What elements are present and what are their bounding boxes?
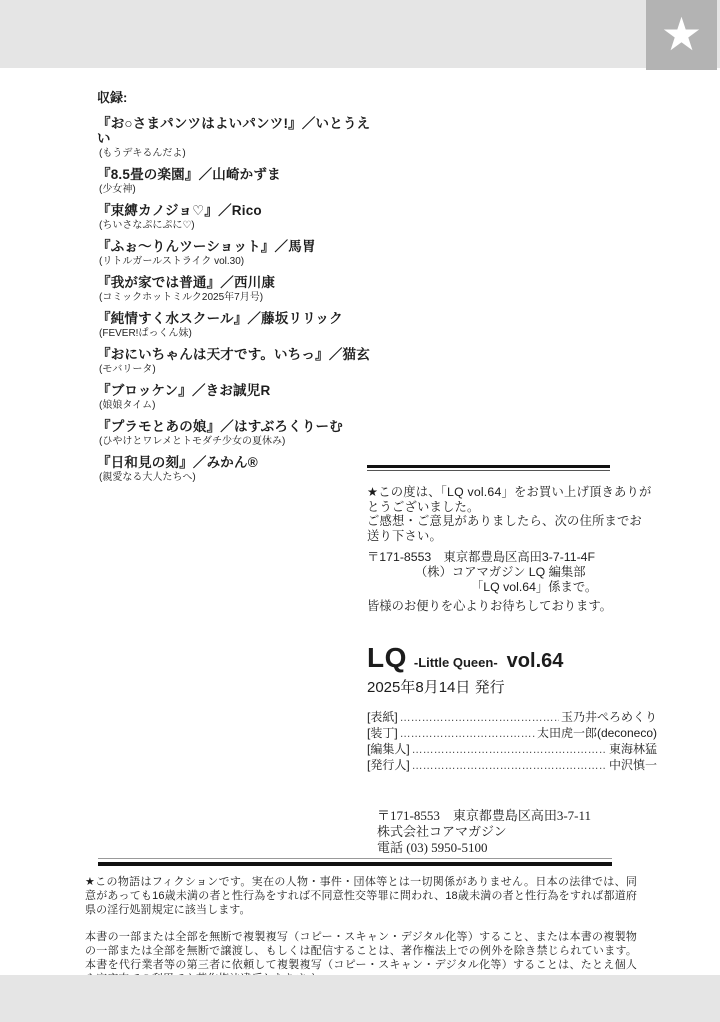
credit-leader-dots: ……………………………………………………………………………… [412,759,607,774]
credit-leader-dots: ……………………………………………………………………………… [400,727,535,742]
thanks-note: ★この度は、「LQ vol.64」をお買い上げ頂きありが とうございました。 ご… [367,485,659,543]
closing-rule [98,858,612,866]
credit-name: 太田虎一郎(deconeco) [537,726,657,741]
work-title: 『束縛カノジョ♡』／Rico [97,203,377,218]
star-block: ★ [646,0,717,70]
work-title: 『ブロッケン』／きお誠児R [97,383,377,398]
publisher-info: 〒171-8553 東京都豊島区高田3-7-11 株式会社コアマガジン 電話 (… [367,808,659,856]
work-item: 『お○さまパンツはよいパンツ!』／いとうえい (もうデキるんだよ) [97,116,377,159]
thanks-line: ★この度は、「LQ vol.64」をお買い上げ頂きありが [367,485,659,500]
work-title: 『我が家では普通』／西川康 [97,275,377,290]
work-note: (もうデキるんだよ) [97,148,377,159]
editorial-address-line: 〒171-8553 東京都豊島区高田3-7-11-4F [367,550,659,565]
editorial-address: 〒171-8553 東京都豊島区高田3-7-11-4F （株）コアマガジン LQ… [367,550,659,595]
work-note: (親愛なる大人たちへ) [97,472,377,483]
credit-name: 中沢慎一 [609,758,657,773]
opening-rule [367,465,610,471]
magazine-volume: vol.64 [507,650,564,673]
publication-title: LQ -Little Queen- vol.64 [367,642,659,674]
work-title: 『ふぉ〜りんツーショット』／馬胃 [97,239,377,254]
fiction-disclaimer: ★この物語はフィクションです。実在の人物・事件・団体等とは一切関係がありません。… [85,875,637,917]
credit-row: [表紙] ……………………………………………………………………………… 玉乃井ぺ… [367,710,657,726]
work-note: (娘娘タイム) [97,400,377,411]
credit-row: [編集人] ……………………………………………………………………………… 東海林… [367,742,657,758]
work-item: 『8.5畳の楽園』／山崎かずま (少女神) [97,167,377,195]
work-title: 『純情すく水スクール』／藤坂リリック [97,311,377,326]
star-icon: ★ [661,11,702,57]
work-item: 『ふぉ〜りんツーショット』／馬胃 (リトルガールストライク vol.30) [97,239,377,267]
work-title: 『プラモとあの娘』／はすぶろくりーむ [97,419,377,434]
magazine-subtitle: -Little Queen- [414,655,498,670]
legal-notice: ★この物語はフィクションです。実在の人物・事件・団体等とは一切関係がありません。… [85,858,637,986]
credit-name: 玉乃井ぺろめくり [561,710,657,725]
publisher-address: 〒171-8553 東京都豊島区高田3-7-11 [377,808,659,824]
credit-leader-dots: ……………………………………………………………………………… [412,743,607,758]
colophon-column: ★この度は、「LQ vol.64」をお買い上げ頂きありが とうございました。 ご… [367,465,659,856]
work-title: 『8.5畳の楽園』／山崎かずま [97,167,377,182]
thanks-line: 送り下さい。 [367,529,659,544]
work-item: 『おにいちゃんは天才です。いちっ』／猫玄 (モバリータ) [97,347,377,375]
credit-row: [装丁] ……………………………………………………………………………… 太田虎一… [367,726,657,742]
mailbox-closing: 皆様のお便りを心よりお待ちしております。 [367,599,659,613]
work-item: 『我が家では普通』／西川康 (コミックホットミルク2025年7月号) [97,275,377,303]
editorial-address-line: （株）コアマガジン LQ 編集部 [367,565,659,580]
publisher-phone: 電話 (03) 5950-5100 [377,840,659,856]
top-band: ★ [0,0,720,68]
works-heading: 収録: [97,90,377,105]
credit-label: [発行人] [367,758,410,773]
work-note: (ちいさなぷにぷに♡) [97,220,377,231]
publisher-company: 株式会社コアマガジン [377,824,659,840]
work-note: (少女神) [97,184,377,195]
work-note: (ひやけとワレメとトモダチ少女の夏休み) [97,436,377,447]
work-item: 『日和見の刻』／みかん® (親愛なる大人たちへ) [97,455,377,483]
credits-list: [表紙] ……………………………………………………………………………… 玉乃井ぺ… [367,710,657,774]
credit-name: 東海林猛 [609,742,657,757]
work-note: (モバリータ) [97,364,377,375]
work-title: 『おにいちゃんは天才です。いちっ』／猫玄 [97,347,377,362]
issue-date: 2025年8月14日 発行 [367,679,659,696]
bottom-band [0,975,720,1022]
work-note: (コミックホットミルク2025年7月号) [97,292,377,303]
work-title: 『日和見の刻』／みかん® [97,455,377,470]
work-note: (リトルガールストライク vol.30) [97,256,377,267]
magazine-name: LQ [367,642,407,674]
thanks-line: とうございました。 [367,500,659,515]
editorial-address-line: 「LQ vol.64」係まで。 [367,580,659,595]
credit-leader-dots: ……………………………………………………………………………… [400,711,559,726]
credit-row: [発行人] ……………………………………………………………………………… 中沢慎… [367,758,657,774]
work-item: 『プラモとあの娘』／はすぶろくりーむ (ひやけとワレメとトモダチ少女の夏休み) [97,419,377,447]
work-note: (FEVER!ぱっくん妹) [97,328,377,339]
credit-label: [装丁] [367,726,398,741]
work-item: 『束縛カノジョ♡』／Rico (ちいさなぷにぷに♡) [97,203,377,231]
credit-label: [表紙] [367,710,398,725]
work-title: 『お○さまパンツはよいパンツ!』／いとうえい [97,116,377,146]
work-item: 『ブロッケン』／きお誠児R (娘娘タイム) [97,383,377,411]
credit-label: [編集人] [367,742,410,757]
works-list: 収録: 『お○さまパンツはよいパンツ!』／いとうえい (もうデキるんだよ) 『8… [97,90,377,491]
work-item: 『純情すく水スクール』／藤坂リリック (FEVER!ぱっくん妹) [97,311,377,339]
thanks-line: ご感想・ご意見がありましたら、次の住所までお [367,514,659,529]
